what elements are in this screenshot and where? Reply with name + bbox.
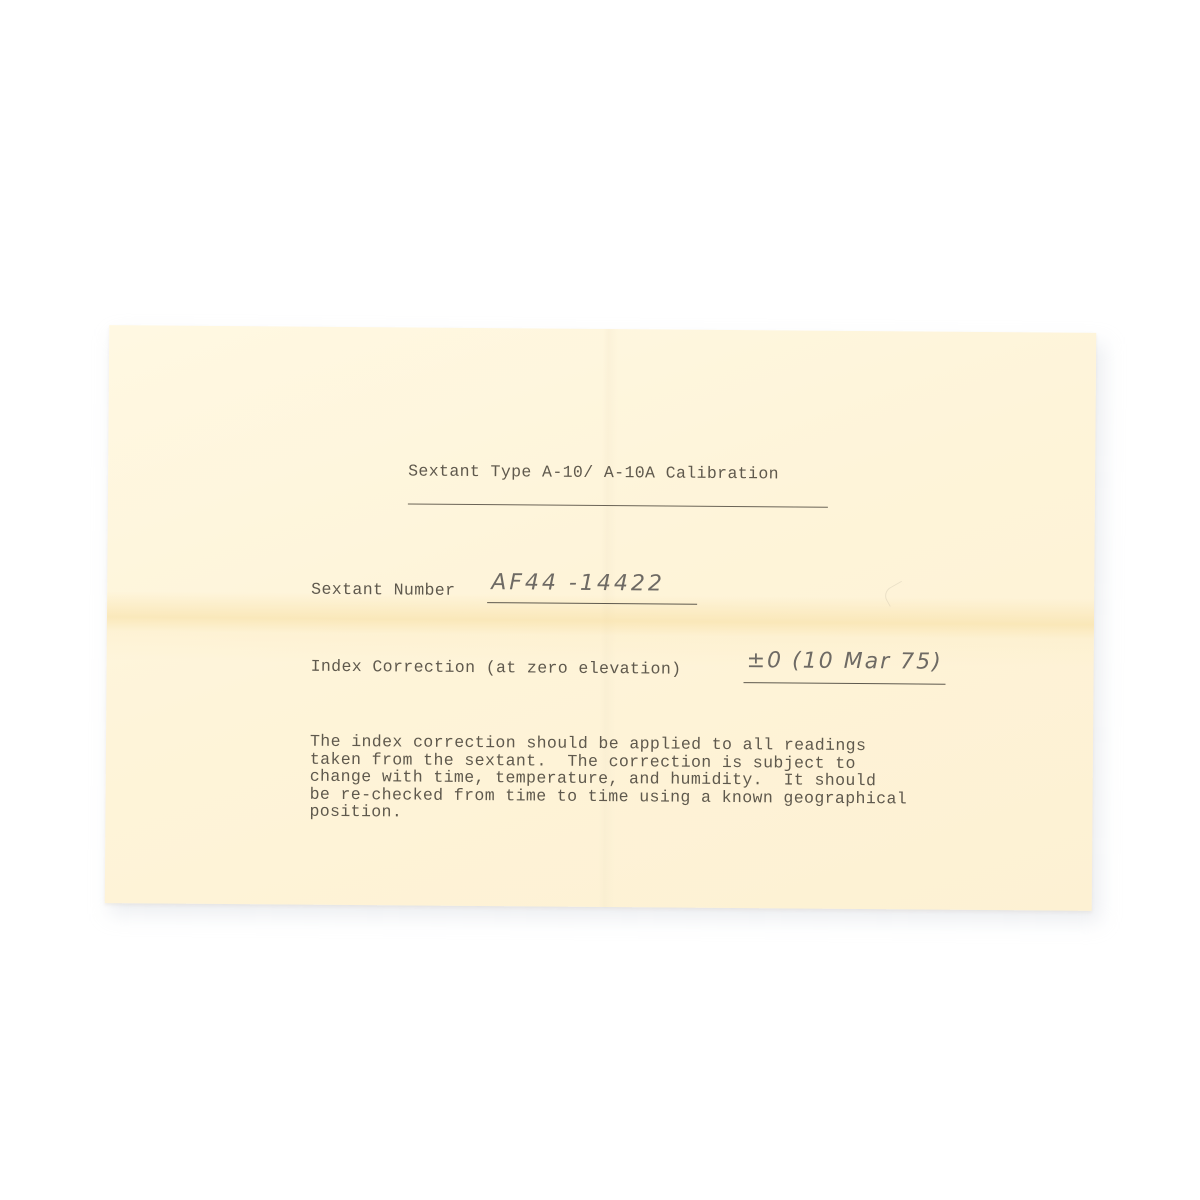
sextant-number-value: AF44 -14422 — [491, 570, 665, 596]
index-correction-underline — [743, 682, 945, 685]
instructions-paragraph: The index correction should be applied t… — [309, 733, 1010, 826]
faint-pencil-mark — [882, 581, 910, 607]
title-underline — [408, 503, 828, 507]
index-correction-value: ±0 (10 Mar 75) — [747, 648, 943, 675]
sextant-number-label: Sextant Number — [311, 580, 455, 600]
calibration-sheet: Sextant Type A-10/ A-10A Calibration Sex… — [105, 325, 1097, 911]
index-correction-label: Index Correction (at zero elevation) — [311, 657, 682, 679]
sextant-number-underline — [487, 602, 697, 605]
document-title: Sextant Type A-10/ A-10A Calibration — [408, 461, 779, 483]
